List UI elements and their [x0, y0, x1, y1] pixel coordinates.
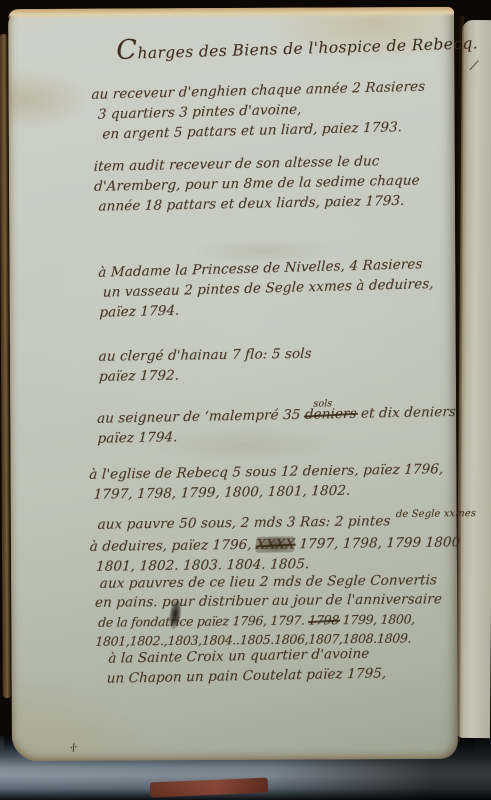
manuscript-photo: / Charges des Biens de l'hospice de Rebe…	[0, 0, 491, 800]
cover-red-accent	[150, 778, 269, 798]
entry-clerge-hainau: au clergé d'hainau 7 flo: 5 sols païez 1…	[98, 344, 312, 387]
ink-scribble: ·/·	[69, 742, 78, 754]
entry-princesse-nivelles: à Madame la Princesse de Nivelles, 4 Ras…	[97, 254, 433, 323]
line-text: aux pauvre 50 sous, 2 mds 3 Ras: 2 pinte…	[97, 513, 391, 533]
manuscript-line: païez 1792.	[98, 364, 312, 387]
page-top-edge	[8, 7, 454, 19]
scribbled-out-text: XXXX	[256, 536, 296, 552]
superscript-insertion: de Segle xxmes	[396, 508, 477, 520]
line-text: à deduires, païez 1796,	[89, 537, 256, 555]
manuscript-line: un Chapon un pain Coutelat païez 1795,	[106, 663, 387, 688]
line-text: et dix deniers	[356, 404, 456, 422]
struck-word: deniers	[304, 406, 357, 423]
correction: solsdeniers	[304, 404, 357, 425]
entry-pauvres-segle: aux pauvres de ce lieu 2 mds de Segle Co…	[99, 571, 442, 651]
entry-receveur-enghien: au receveur d'enghien chaque année 2 Ras…	[90, 77, 425, 145]
line-text: au seigneur de ‘malempré 35	[97, 407, 306, 427]
struck-word: 1798	[308, 612, 340, 627]
line-text: de la fondatrice païez 1796, 1797.	[98, 613, 309, 630]
entry-duc-aremberg: item audit receveur de son altesse le du…	[93, 150, 420, 216]
entry-seigneur-malempre: au seigneur de ‘malempré 35 solsdeniers …	[96, 402, 456, 449]
entry-sainte-croix: à la Sainte Croix un quartier d'avoine u…	[107, 643, 385, 688]
line-text: 1797, 1798, 1799 1800	[294, 534, 460, 552]
entry-eglise-rebecq: à l'eglise de Rebecq 5 sous 12 deniers, …	[88, 459, 443, 505]
pen-stroke-mark: /	[468, 56, 480, 74]
page-title: Charges des Biens de l'hospice de Rebecq…	[116, 24, 478, 66]
line-text: 1799, 1800,	[339, 611, 416, 627]
manuscript-line: 1797, 1798, 1799, 1800, 1801, 1802.	[93, 479, 444, 505]
manuscript-page: Charges des Biens de l'hospice de Rebecq…	[8, 7, 458, 761]
entry-pauvres-sous: aux pauvre 50 sous, 2 mds 3 Ras: 2 pinte…	[97, 510, 476, 577]
